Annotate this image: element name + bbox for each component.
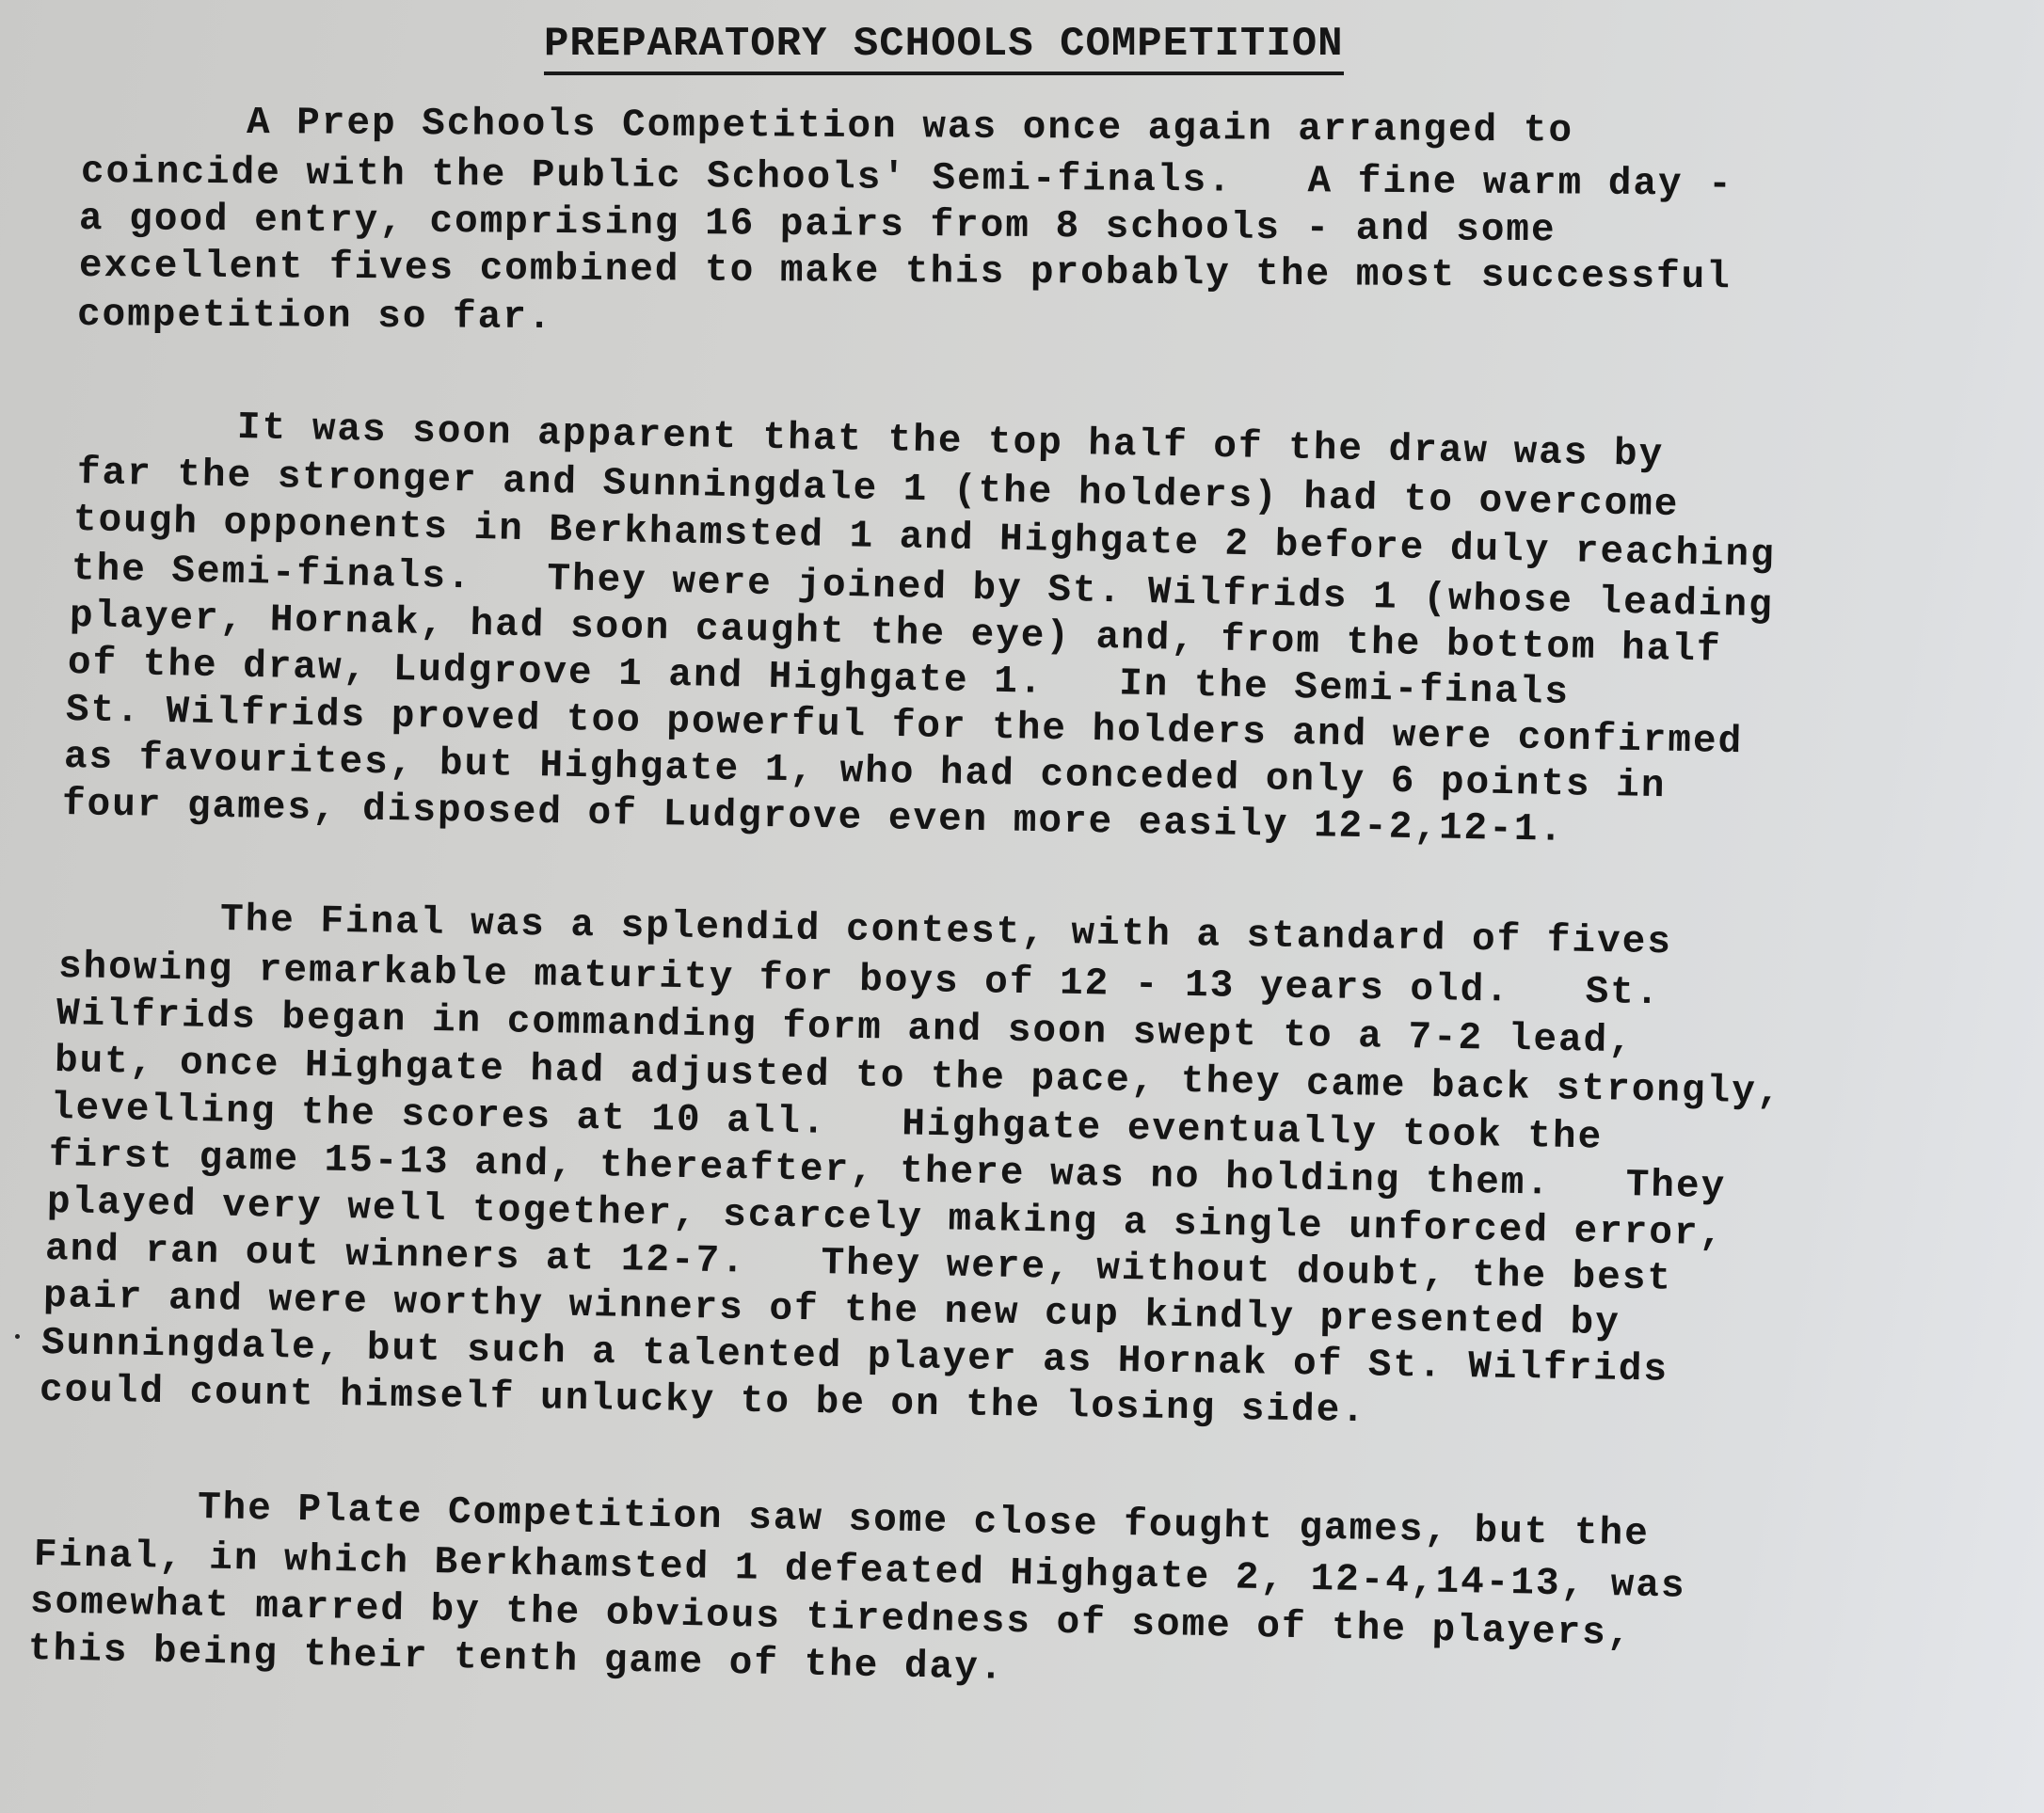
- text-line: coincide with the Public Schools' Semi-f…: [81, 151, 1733, 207]
- document-page: PREPARATORY SCHOOLS COMPETITION A Prep S…: [0, 0, 2044, 1813]
- text-line: competition so far.: [77, 294, 553, 340]
- document-title: PREPARATORY SCHOOLS COMPETITION: [544, 21, 1344, 75]
- text-line: excellent fives combined to make this pr…: [79, 245, 1732, 299]
- text-line: A Prep Schools Competition was once agai…: [247, 102, 1573, 153]
- ink-speck: [15, 1334, 20, 1339]
- text-line: a good entry, comprising 16 pairs from 8…: [79, 198, 1557, 252]
